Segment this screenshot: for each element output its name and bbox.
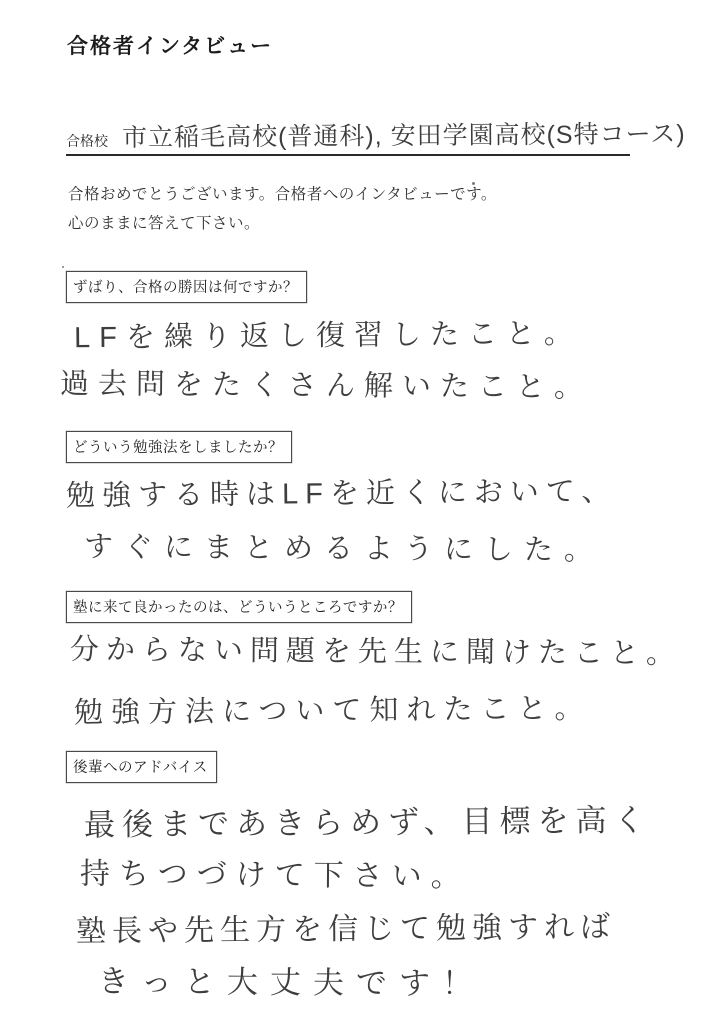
answer-4-line-3: 塾長や先生方を信じて勉強すれば xyxy=(76,902,616,951)
question-4-label: 後輩へのアドバイス xyxy=(66,751,217,783)
answer-1-line-2: 過去問をたくさん解いたこと。 xyxy=(60,361,592,406)
page-title: 合格者インタビュー xyxy=(67,30,273,60)
answer-2-line-2: すぐにまとめるようにした。 xyxy=(84,524,604,569)
answer-4-line-2: 持ちつづけて下さい。 xyxy=(80,849,470,896)
intro-line-1: 合格おめでとうございます。合格者へのインタビューです。 xyxy=(68,180,497,209)
answer-3-line-1: 分からない問題を先生に聞けたこと。 xyxy=(70,627,682,672)
intro-line-2: 心のままに答えて下さい。 xyxy=(68,209,497,238)
intro-text: 合格おめでとうございます。合格者へのインタビューです。 心のままに答えて下さい。 xyxy=(68,180,497,238)
answer-2-line-1: 勉強する時はLFを近くにおいて、 xyxy=(66,469,618,515)
question-3-label: 塾に来て良かったのは、どういうところですか？ xyxy=(66,591,412,623)
school-field-handwritten-value: 市立稲毛高校(普通科), 安田学園高校(S特コース) xyxy=(122,114,686,156)
question-1-label: ずばり、合格の勝因は何ですか？ xyxy=(66,271,307,303)
answer-4-line-1: 最後まであきらめず、目標を高く xyxy=(84,795,652,845)
school-field: 合格校 市立稲毛高校(普通科), 安田学園高校(S特コース) xyxy=(66,106,630,156)
scanned-interview-document: 合格者インタビュー 合格校 市立稲毛高校(普通科), 安田学園高校(S特コース)… xyxy=(0,0,714,1025)
answer-1-line-1: LFを繰り返し復習したこと。 xyxy=(74,311,582,356)
school-field-label: 合格校 xyxy=(66,131,108,154)
scan-speck xyxy=(472,182,475,185)
scan-speck xyxy=(62,266,64,268)
answer-3-line-2: 勉強方法について知れたこと。 xyxy=(74,686,592,732)
question-2-label: どういう勉強法をしましたか？ xyxy=(66,431,292,463)
answer-4-line-4: きっと大丈夫です！ xyxy=(98,956,485,1004)
